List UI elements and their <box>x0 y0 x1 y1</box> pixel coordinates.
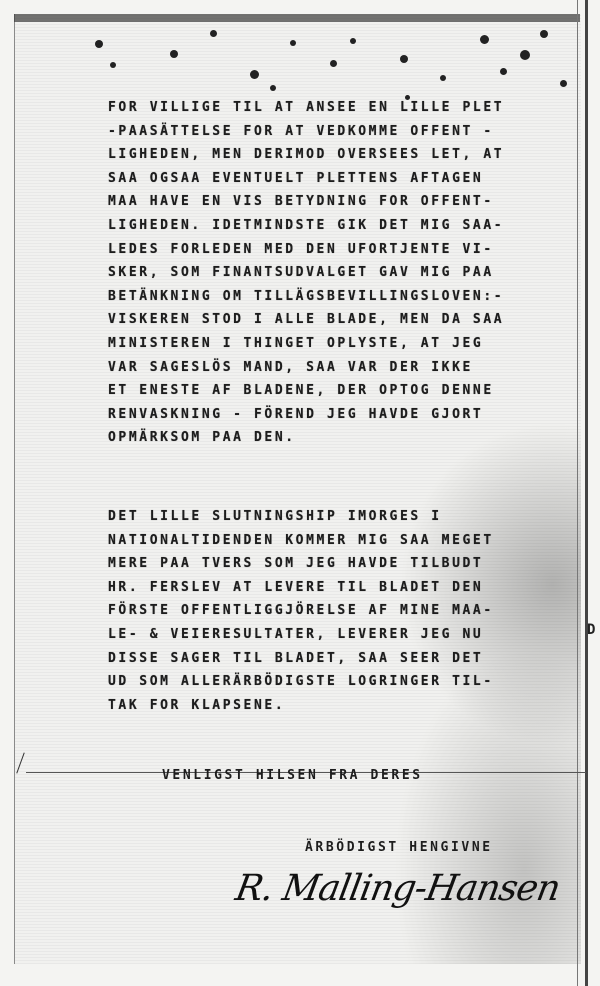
edge-mark: D <box>587 622 595 638</box>
ink-blot <box>270 85 276 91</box>
paragraph-1: FOR VILLIGE TIL AT ANSEE EN LILLE PLET-P… <box>108 96 548 450</box>
text-line: ET ENESTE AF BLADENE, DER OPTOG DENNE <box>108 379 548 403</box>
text-line: BETÄNKNING OM TILLÄGSBEVILLINGSLOVEN:- <box>108 285 548 309</box>
ink-blot <box>110 62 116 68</box>
signature: R. Malling-Hansen <box>232 868 562 909</box>
ink-blot <box>330 60 337 67</box>
text-line: MERE PAA TVERS SOM JEG HAVDE TILBUDT <box>108 552 548 576</box>
page-edge <box>585 0 588 986</box>
ink-blot <box>540 30 548 38</box>
text-line: OPMÄRKSOM PAA DEN. <box>108 426 548 450</box>
ink-blot <box>350 38 356 44</box>
text-line: TAK FOR KLAPSENE. <box>108 694 548 718</box>
text-line: FÖRSTE OFFENTLIGGJÖRELSE AF MINE MAA- <box>108 599 548 623</box>
ink-blot <box>290 40 296 46</box>
text-line: SKER, SOM FINANTSUDVALGET GAV MIG PAA <box>108 261 548 285</box>
text-line: FOR VILLIGE TIL AT ANSEE EN LILLE PLET <box>108 96 548 120</box>
text-line: LE- & VEIERESULTATER, LEVERER JEG NU <box>108 623 548 647</box>
text-line: VAR SAGESLÖS MAND, SAA VAR DER IKKE <box>108 356 548 380</box>
closing-line: VENLIGST HILSEN FRA DERES <box>162 768 423 783</box>
text-line: SAA OGSAA EVENTUELT PLETTENS AFTAGEN <box>108 167 548 191</box>
ink-blot <box>95 40 103 48</box>
text-line: RENVASKNING - FÖREND JEG HAVDE GJORT <box>108 403 548 427</box>
text-line: HR. FERSLEV AT LEVERE TIL BLADET DEN <box>108 576 548 600</box>
text-line: DISSE SAGER TIL BLADET, SAA SEER DET <box>108 647 548 671</box>
text-line: LIGHEDEN. IDETMINDSTE GIK DET MIG SAA- <box>108 214 548 238</box>
ink-blot <box>440 75 446 81</box>
text-line: NATIONALTIDENDEN KOMMER MIG SAA MEGET <box>108 529 548 553</box>
ink-blot <box>210 30 217 37</box>
paragraph-2: DET LILLE SLUTNINGSHIP IMORGES INATIONAL… <box>108 505 548 717</box>
ink-blot <box>520 50 530 60</box>
text-line: MAA HAVE EN VIS BETYDNING FOR OFFENT- <box>108 190 548 214</box>
ink-blot <box>170 50 178 58</box>
ink-blot <box>400 55 408 63</box>
ink-blot <box>500 68 507 75</box>
ink-blot <box>560 80 567 87</box>
text-line: VISKEREN STOD I ALLE BLADE, MEN DA SAA <box>108 308 548 332</box>
valediction: ÄRBÖDIGST HENGIVNE <box>305 840 493 855</box>
text-line: MINISTEREN I THINGET OPLYSTE, AT JEG <box>108 332 548 356</box>
page-edge-inner <box>577 0 578 986</box>
text-line: LEDES FORLEDEN MED DEN UFORTJENTE VI- <box>108 238 548 262</box>
page-top-shadow <box>14 14 580 22</box>
text-line: UD SOM ALLERÄRBÖDIGSTE LOGRINGER TIL- <box>108 670 548 694</box>
ink-blot <box>250 70 259 79</box>
text-line: DET LILLE SLUTNINGSHIP IMORGES I <box>108 505 548 529</box>
text-line: -PAASÄTTELSE FOR AT VEDKOMME OFFENT - <box>108 120 548 144</box>
ink-blot <box>480 35 489 44</box>
text-line: LIGHEDEN, MEN DERIMOD OVERSEES LET, AT <box>108 143 548 167</box>
